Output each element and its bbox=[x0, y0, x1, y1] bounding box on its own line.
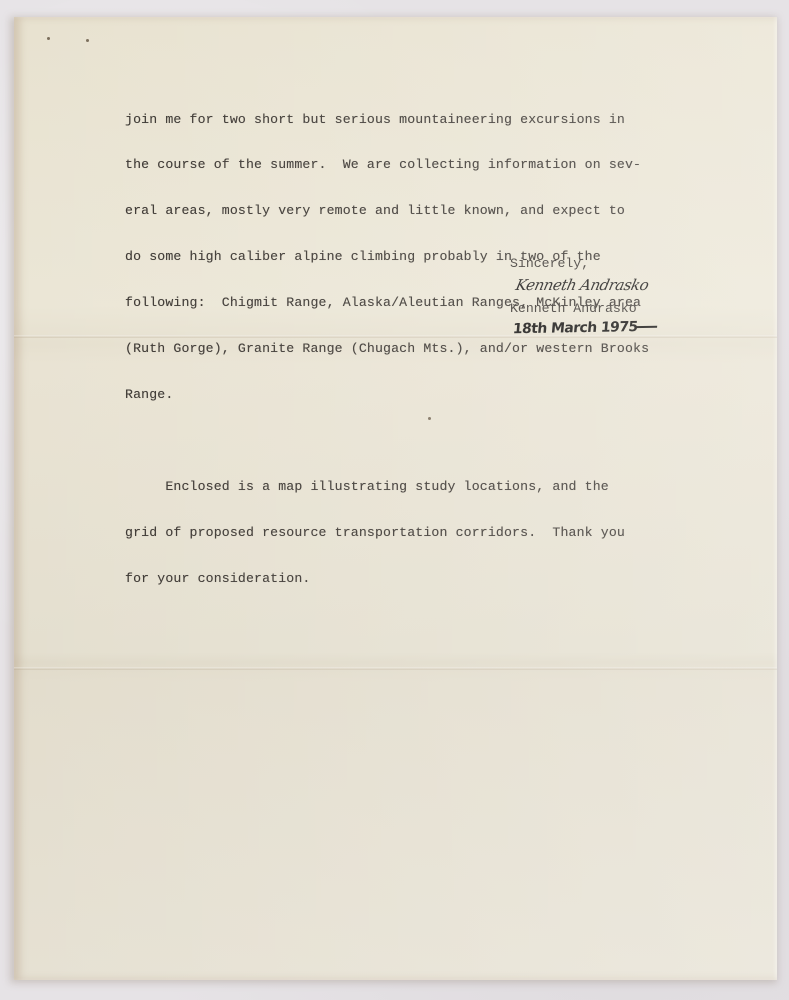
pin-hole bbox=[86, 39, 89, 42]
typed-signer-name: Kenneth Andrasko bbox=[510, 301, 637, 316]
pin-hole bbox=[47, 37, 50, 40]
handwritten-date-text: 18th March 1975 bbox=[512, 319, 638, 337]
fold-crease bbox=[14, 667, 777, 670]
body-line: (Ruth Gorge), Granite Range (Chugach Mts… bbox=[125, 341, 649, 356]
body-line: the course of the summer. We are collect… bbox=[125, 157, 649, 172]
body-line: Range. bbox=[125, 387, 649, 402]
letter-page: join me for two short but serious mounta… bbox=[14, 17, 777, 980]
closing-salutation: Sincerely, bbox=[510, 256, 589, 271]
body-line: grid of proposed resource transportation… bbox=[125, 525, 649, 540]
paragraph-gap bbox=[125, 433, 649, 448]
body-line: Enclosed is a map illustrating study loc… bbox=[125, 479, 649, 494]
body-line: eral areas, mostly very remote and littl… bbox=[125, 203, 649, 218]
handwritten-date: 18th March 1975 bbox=[512, 319, 658, 338]
letter-body: join me for two short but serious mounta… bbox=[125, 81, 649, 616]
body-line: for your consideration. bbox=[125, 571, 649, 586]
body-line: join me for two short but serious mounta… bbox=[125, 112, 649, 127]
handwritten-signature: Kenneth Andrasko bbox=[514, 276, 650, 294]
date-underline bbox=[635, 326, 657, 328]
